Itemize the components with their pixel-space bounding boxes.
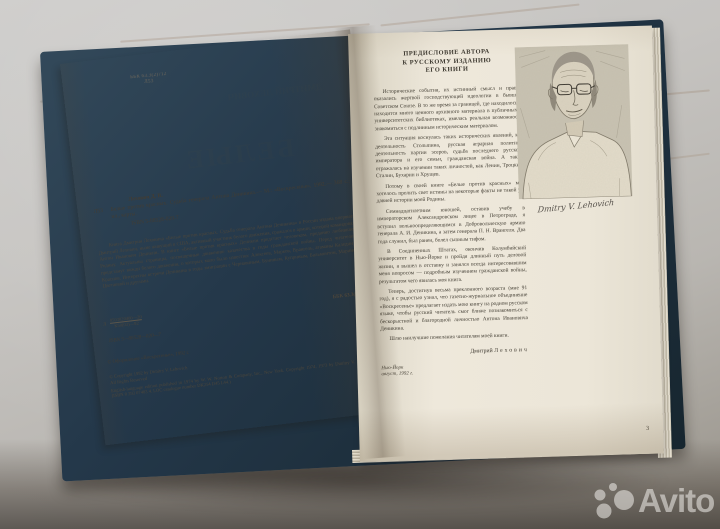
catalog-letter: Л [103,322,107,327]
preface-column: ПРЕДИСЛОВИЕ АВТОРА К РУССКОМУ ИЗДАНИЮ ЕГ… [372,47,529,378]
bbk-stamp-line2: Л53 [131,78,168,87]
avito-watermark: Avito [588,478,714,522]
place-line: Нью-Йорк [381,362,529,372]
isbn-top: ISBN 5-88528-020-7 [131,194,352,227]
preface-paragraph: Шлю наилучшие пожелания читателям моей к… [380,332,528,344]
preface-paragraph: Потому в своей книге «Белые против красн… [376,180,525,206]
rights-reserved: All Rights Reserved [110,349,375,386]
annotation-text: Книга Дмитрия Леховича «Белые против кра… [98,214,360,291]
bbk-stamp-line1: ББК 63.3(2)712 [130,72,167,81]
bibliographic-entry: Лехович Д. В. Л53 Белые против красных. … [92,171,352,232]
preface-heading: ПРЕДИСЛОВИЕ АВТОРА К РУССКОМУ ИЗДАНИЮ ЕГ… [372,47,521,77]
right-page: ПРЕДИСЛОВИЕ АВТОРА К РУССКОМУ ИЗДАНИЮ ЕГ… [348,26,664,462]
author-handwritten-signature: Dmitry V. Lehovich [513,196,639,217]
surface-scratch [380,4,579,27]
catalog-denominator: К50(03)—92 [110,319,143,329]
signature-last-name: Лехович [494,347,529,354]
catalog-numerator: 0503020400—20 [110,314,143,323]
copyright-design: © Оформление «Воскресенье», 1992 г. [107,351,189,366]
copyright-block: © Copyright 1992 by Dimitry V. Lehovich … [109,343,376,400]
preface-paragraph: В Соединенных Штатах, окончив Колумбийск… [378,245,527,286]
bbk-stamp: ББК 63.3(2)712 Л53 [130,72,168,87]
book-photo: ДМИТРИЙ ЛЕХОВИЧ БЕЛЫЕ ББК 63.3(2)712 Л53… [0,0,720,529]
preface-paragraph: Теперь, достигнув весьма преклонного воз… [379,285,528,334]
catalog-row: Л 0503020400—20 К50(03)—92 ББК 63.3(2)71… [102,287,368,330]
title-entry: Белые против красных. Судьба генерала Ан… [110,179,351,221]
portrait-illustration [514,44,632,199]
preface-paragraph: Семнадцатилетним юношей, оставив учебу в… [377,205,526,246]
author-name: Лехович Д. В. [128,171,349,204]
portrait-sketch [514,44,632,199]
page-number: 3 [646,426,649,432]
avito-wordmark: Avito [638,484,714,517]
preface-paragraph: Эта ситуация коснулась таких исторически… [375,132,524,181]
author-sign: Л53 [93,208,107,223]
left-page: ДМИТРИЙ ЛЕХОВИЧ БЕЛЫЕ ББК 63.3(2)712 Л53… [60,29,395,445]
catalog-index: Л 0503020400—20 К50(03)—92 [102,314,142,330]
copyright-author: © Copyright 1992 by Dimitry V. Lehovich [109,343,374,380]
isbn-bottom: ISBN 5—88528—020—7 [109,332,161,344]
avito-logo-icon [588,478,634,522]
english-edition-note: English-language edition published in 19… [111,356,377,399]
date-line: август, 1992 г. [381,368,529,378]
heading-line-1: ПРЕДИСЛОВИЕ АВТОРА [372,47,520,60]
show-through-title: БЕЛЫЕ [133,127,345,182]
printed-signature: Дмитрий Лехович [381,347,529,357]
show-through-author: ДМИТРИЙ ЛЕХОВИЧ [215,80,335,105]
preface-paragraph: Исторические события, их истинный смысл … [374,85,523,134]
heading-line-2: К РУССКОМУ ИЗДАНИЮ [373,56,521,69]
signature-first-name: Дмитрий [470,348,493,355]
heading-line-3: ЕГО КНИГИ [373,64,521,77]
